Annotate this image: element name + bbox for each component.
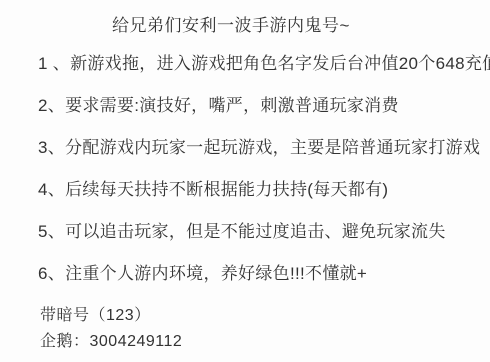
list-item-number: 2、 xyxy=(38,96,65,115)
list-item-number: 3、 xyxy=(38,138,65,157)
page-title: 给兄弟们安利一波手游内鬼号~ xyxy=(0,15,462,36)
list-item: 4、后续每天扶持不断根据能力扶持(每天都有) xyxy=(38,180,484,200)
list-item: 2、要求需要:演技好，嘴严，刺激普通玩家消费 xyxy=(38,96,484,116)
numbered-list: 1 、新游戏拖，进入游戏把角色名字发后台冲值20个648充值 2、要求需要:演技… xyxy=(38,54,484,306)
text-notice-page: 给兄弟们安利一波手游内鬼号~ 1 、新游戏拖，进入游戏把角色名字发后台冲值20个… xyxy=(0,0,490,362)
list-item: 5、可以追击玩家，但是不能过度追击、避免玩家流失 xyxy=(38,222,484,242)
list-item-number: 4、 xyxy=(38,180,65,199)
list-item-number: 5、 xyxy=(38,222,65,241)
secret-code-line: 带暗号（123） xyxy=(40,303,182,329)
list-item-number: 1 、 xyxy=(38,54,70,73)
list-item-text: 要求需要:演技好，嘴严，刺激普通玩家消费 xyxy=(65,96,399,115)
list-item: 6、注重个人游内环境，养好绿色!!!不懂就+ xyxy=(38,264,484,284)
list-item-text: 可以追击玩家，但是不能过度追击、避免玩家流失 xyxy=(65,222,446,241)
list-item-number: 6、 xyxy=(38,264,65,283)
list-item: 1 、新游戏拖，进入游戏把角色名字发后台冲值20个648充值 xyxy=(38,54,484,74)
list-item-text: 新游戏拖，进入游戏把角色名字发后台冲值20个648充值 xyxy=(70,54,490,73)
footer-contact-block: 带暗号（123） 企鹅：3004249112 xyxy=(40,303,182,355)
list-item-text: 注重个人游内环境，养好绿色!!!不懂就+ xyxy=(65,264,367,283)
qq-contact-line: 企鹅：3004249112 xyxy=(40,329,182,355)
list-item: 3、分配游戏内玩家一起玩游戏，主要是陪普通玩家打游戏 xyxy=(38,138,484,158)
list-item-text: 分配游戏内玩家一起玩游戏，主要是陪普通玩家打游戏 xyxy=(65,138,480,157)
list-item-text: 后续每天扶持不断根据能力扶持(每天都有) xyxy=(65,180,388,199)
